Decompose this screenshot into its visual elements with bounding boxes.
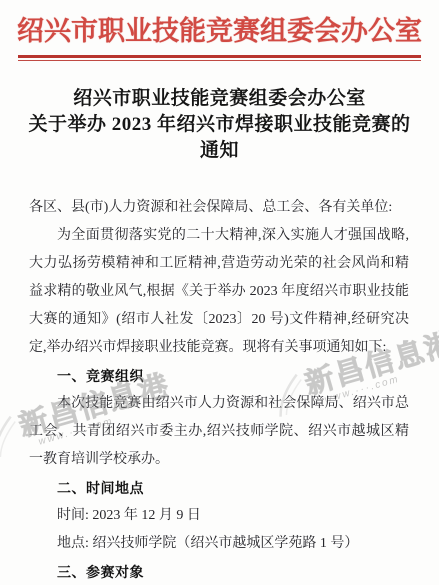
letterhead-divider bbox=[18, 55, 421, 61]
salutation-line: 各区、县(市)人力资源和社会保障局、总工会、各有关单位: bbox=[29, 194, 409, 222]
title-line-1: 绍兴市职业技能竞赛组委会办公室 bbox=[0, 86, 439, 112]
intro-paragraph: 为全面贯彻落实党的二十大精神,深入实施人才强国战略,大力弘扬劳模精神和工匠精神,… bbox=[29, 222, 409, 362]
title-line-3: 通知 bbox=[0, 138, 439, 164]
section-2-heading: 二、时间地点 bbox=[29, 474, 409, 502]
document-page: 绍兴市职业技能竞赛组委会办公室 绍兴市职业技能竞赛组委会办公室 关于举办 202… bbox=[0, 0, 439, 585]
section-1-paragraph: 本次技能竞赛由绍兴市人力资源和社会保障局、绍兴市总工会、共青团绍兴市委主办,绍兴… bbox=[29, 390, 409, 474]
divider-thin-line bbox=[18, 60, 421, 61]
title-line-2: 关于举办 2023 年绍兴市焊接职业技能竞赛的 bbox=[0, 112, 439, 138]
watermark-swoosh-icon bbox=[0, 414, 25, 462]
letterhead-office-name: 绍兴市职业技能竞赛组委会办公室 bbox=[0, 0, 439, 48]
document-title: 绍兴市职业技能竞赛组委会办公室 关于举办 2023 年绍兴市焊接职业技能竞赛的 … bbox=[0, 86, 439, 164]
event-place-line: 地点: 绍兴技师学院（绍兴市越城区学苑路 1 号） bbox=[29, 530, 409, 558]
document-body: 各区、县(市)人力资源和社会保障局、总工会、各有关单位: 为全面贯彻落实党的二十… bbox=[29, 194, 409, 585]
event-time-line: 时间: 2023 年 12 月 9 日 bbox=[29, 502, 409, 530]
divider-thick-line bbox=[18, 55, 421, 58]
section-3-heading: 三、参赛对象 bbox=[29, 558, 409, 585]
section-1-heading: 一、竞赛组织 bbox=[29, 362, 409, 390]
